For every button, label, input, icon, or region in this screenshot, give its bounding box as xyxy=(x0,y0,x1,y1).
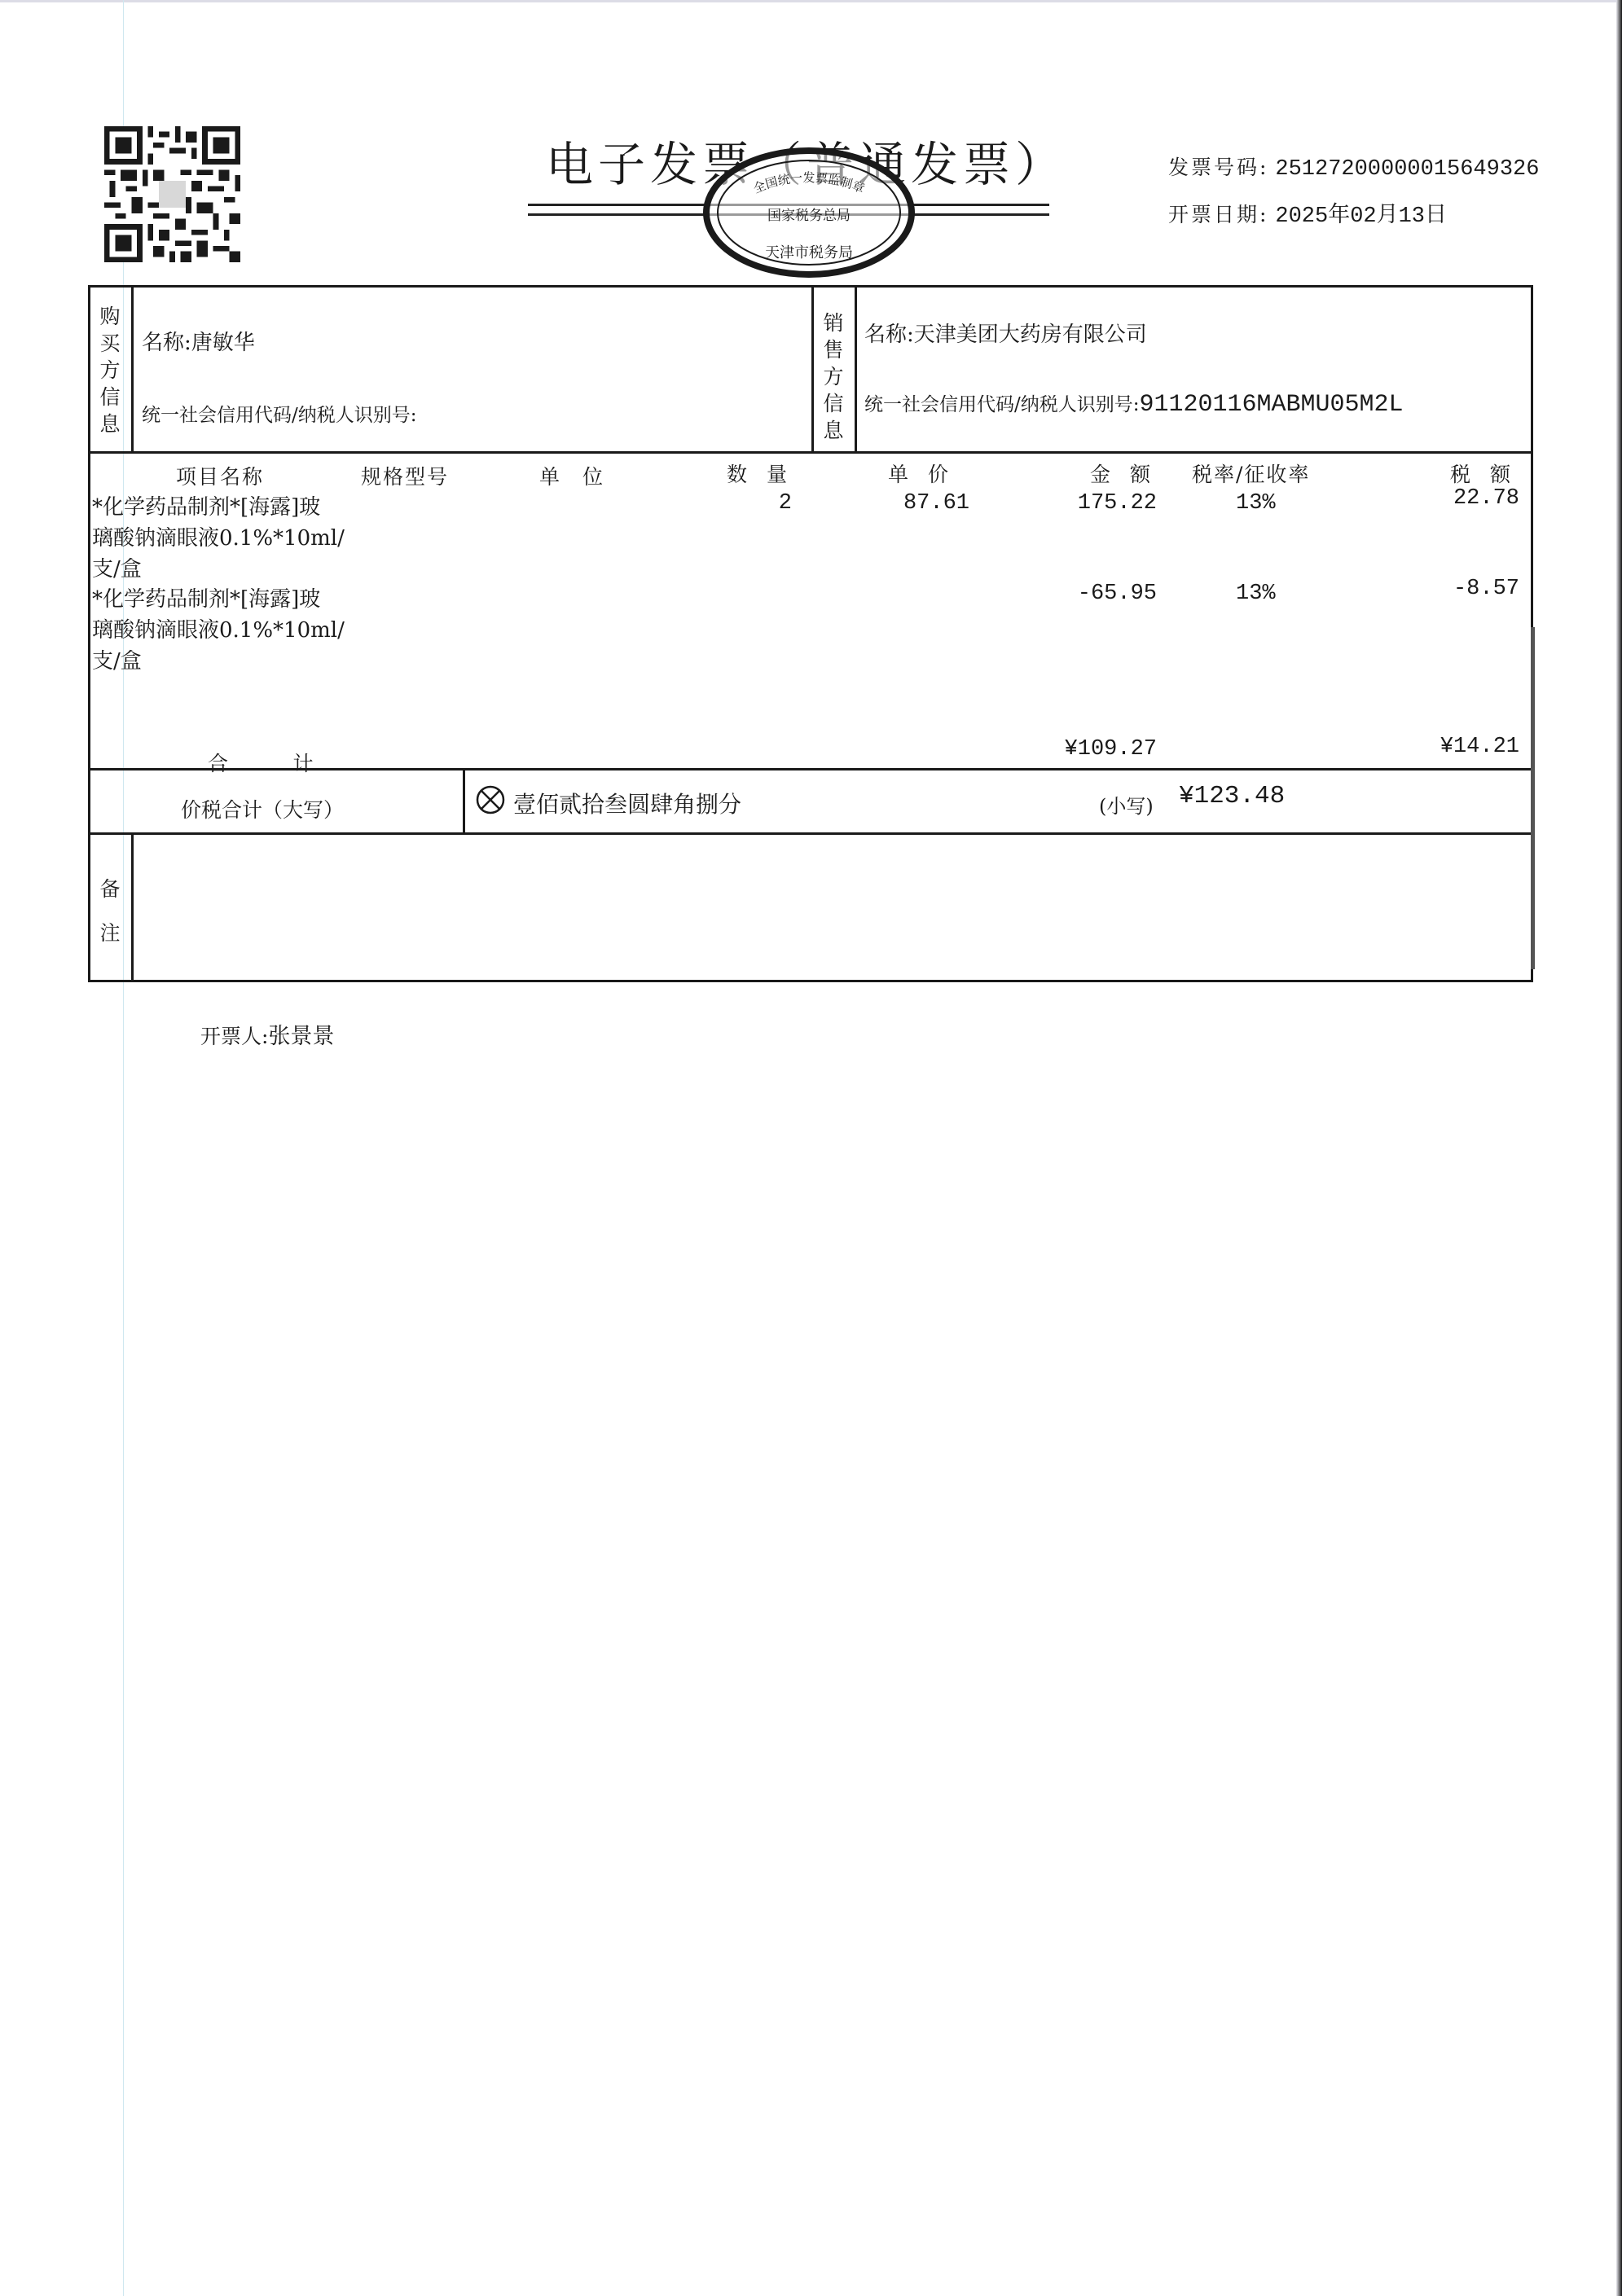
buyer-name-value: 唐敏华 xyxy=(191,331,255,355)
total-tax: ¥14.21 xyxy=(1385,735,1519,759)
invoice-date-value: 2025年02月13日 xyxy=(1275,204,1447,229)
issuer-label: 开票人: xyxy=(200,1025,268,1048)
remarks-label-divider xyxy=(131,832,134,982)
seller-name-label: 名称: xyxy=(864,323,914,347)
party-bottom-rule xyxy=(88,451,1533,454)
col-header-unit: 单 位 xyxy=(539,461,611,490)
scan-shadow xyxy=(1531,627,1535,969)
invoice-number-value: 25127200000015649326 xyxy=(1275,157,1539,182)
issuer-name: 张景景 xyxy=(268,1024,334,1049)
grand-total-lower: ¥123.48 xyxy=(1179,782,1285,810)
col-header-spec: 规格型号 xyxy=(361,461,449,490)
issuer: 开票人:张景景 xyxy=(200,1018,334,1050)
invoice-number: 发票号码: 25127200000015649326 xyxy=(1168,151,1539,182)
party-divider xyxy=(811,285,814,454)
item-tax: 22.78 xyxy=(1401,486,1519,511)
buyer-taxid-label: 统一社会信用代码/纳税人识别号: xyxy=(142,405,417,426)
seller-name: 名称:天津美团大药房有限公司 xyxy=(864,318,1147,348)
tax-seal-icon: 全国统一发票监制章 国家税务总局 天津市税务局 xyxy=(702,147,916,279)
seller-taxid-value: 91120116MABMU05M2L xyxy=(1140,391,1404,419)
svg-text:国家税务总局: 国家税务总局 xyxy=(767,208,851,224)
col-header-tax: 税 额 xyxy=(1450,459,1517,488)
scan-edge-right xyxy=(1616,0,1622,2296)
grand-total-lower-label: (小写) xyxy=(1099,790,1154,819)
buyer-taxid: 统一社会信用代码/纳税人识别号: xyxy=(142,400,417,428)
seller-taxid-label: 统一社会信用代码/纳税人识别号: xyxy=(864,394,1140,415)
item-price: 87.61 xyxy=(855,491,969,516)
grand-total-bottom-rule xyxy=(88,832,1533,835)
totals-bottom-rule xyxy=(88,768,1533,770)
svg-text:天津市税务局: 天津市税务局 xyxy=(765,244,853,261)
item-name: *化学药品制剂*[海露]玻 璃酸钠滴眼液0.1%*10ml/ 支/盒 xyxy=(92,492,345,585)
buyer-name-label: 名称: xyxy=(142,331,191,355)
invoice-date-label: 开票日期: xyxy=(1168,203,1268,226)
scan-edge-top xyxy=(0,0,1622,2)
remarks-section-label: 备 注 xyxy=(94,867,126,955)
item-amount: 175.22 xyxy=(1043,491,1157,516)
cross-circle-icon xyxy=(476,785,505,814)
buyer-name: 名称:唐敏华 xyxy=(142,326,255,356)
qr-code-icon xyxy=(104,126,240,262)
col-header-price: 单 价 xyxy=(888,459,955,488)
item-qty: 2 xyxy=(717,491,792,516)
invoice-number-label: 发票号码: xyxy=(1168,156,1268,179)
grand-total-divider xyxy=(463,768,465,834)
grand-total-upper: 壹佰贰拾叁圆肆角捌分 xyxy=(513,787,741,819)
seller-taxid: 统一社会信用代码/纳税人识别号:91120116MABMU05M2L xyxy=(864,389,1404,419)
total-label: 合 计 xyxy=(208,748,313,777)
buyer-section-label: 购 买 方 信 息 xyxy=(94,303,126,437)
invoice-date: 开票日期: 2025年02月13日 xyxy=(1168,196,1447,229)
buyer-label-divider xyxy=(131,285,134,454)
col-header-amount: 金 额 xyxy=(1090,459,1157,488)
seller-name-value: 天津美团大药房有限公司 xyxy=(914,323,1147,347)
col-header-rate: 税率/征收率 xyxy=(1192,459,1310,488)
seller-section-label: 销 售 方 信 息 xyxy=(817,309,850,444)
item-rate: 13% xyxy=(1236,491,1276,516)
col-header-name: 项目名称 xyxy=(176,461,264,490)
grand-total-label: 价税合计（大写） xyxy=(181,794,344,823)
col-header-qty: 数 量 xyxy=(727,459,793,488)
item-name: *化学药品制剂*[海露]玻 璃酸钠滴眼液0.1%*10ml/ 支/盒 xyxy=(92,584,345,677)
item-amount: -65.95 xyxy=(1043,582,1157,606)
seller-label-divider xyxy=(855,285,857,454)
item-rate: 13% xyxy=(1236,582,1276,606)
total-amount: ¥109.27 xyxy=(1026,737,1157,762)
item-tax: -8.57 xyxy=(1401,577,1519,601)
